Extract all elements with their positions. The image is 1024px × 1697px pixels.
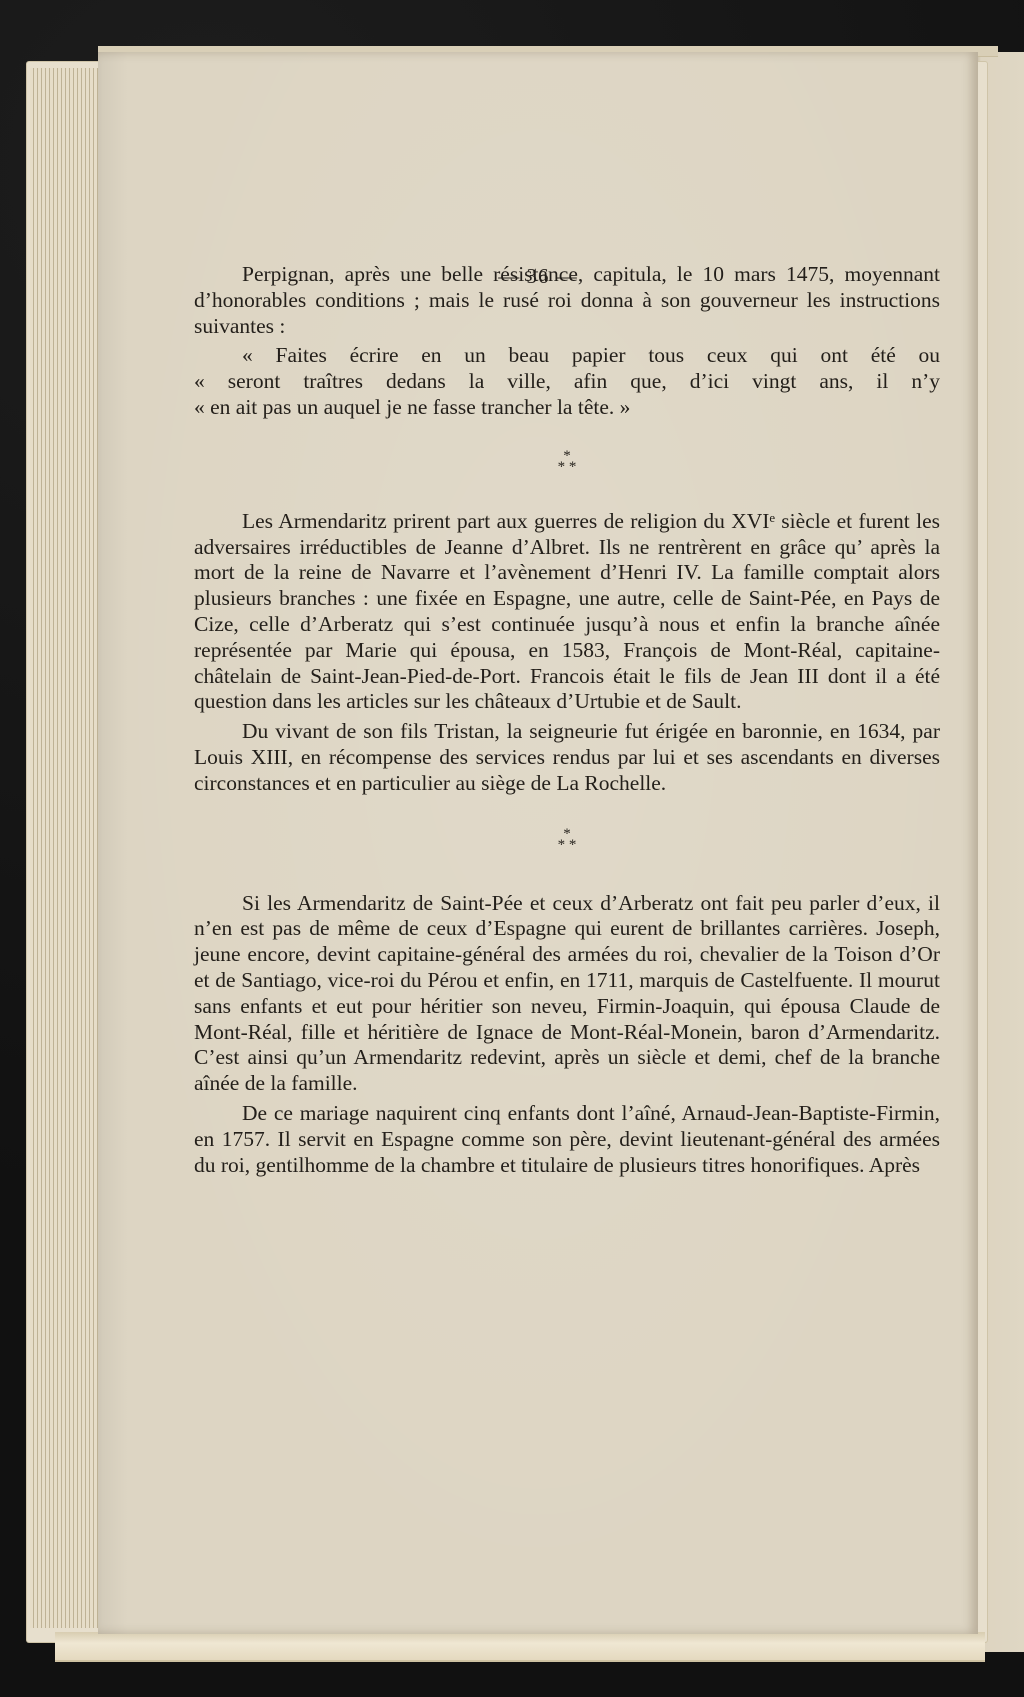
asterism-bottom: * * [194,840,940,851]
paragraph-tristan-baronnie: Du vivant de son fils Tristan, la seigne… [194,719,940,796]
page-stack-left-edges [30,68,102,1628]
page-stack-bottom-edge [55,1632,985,1662]
asterism-bottom: * * [194,462,940,473]
section-break-asterism: * * * [194,829,940,851]
royal-quote: « Faites écrire en un beau papier tous c… [194,343,940,420]
page-body: Perpignan, après une belle résistance, c… [194,262,940,1182]
paragraph-mariage: De ce mariage naquirent cinq enfants don… [194,1101,940,1178]
paragraph-armendaritz-religion: Les Armendaritz prirent part aux guerres… [194,509,940,715]
section-break-asterism: * * * [194,451,940,473]
paragraph-armendaritz-espagne: Si les Armendaritz de Saint-Pée et ceux … [194,891,940,1097]
quote-line: « en ait pas un auquel je ne fasse tranc… [194,395,940,421]
quote-line: « seront traîtres dedans la ville, afin … [194,369,940,395]
quote-line: « Faites écrire en un beau papier tous c… [194,343,940,369]
paragraph-perpignan: Perpignan, après une belle résistance, c… [194,262,940,339]
